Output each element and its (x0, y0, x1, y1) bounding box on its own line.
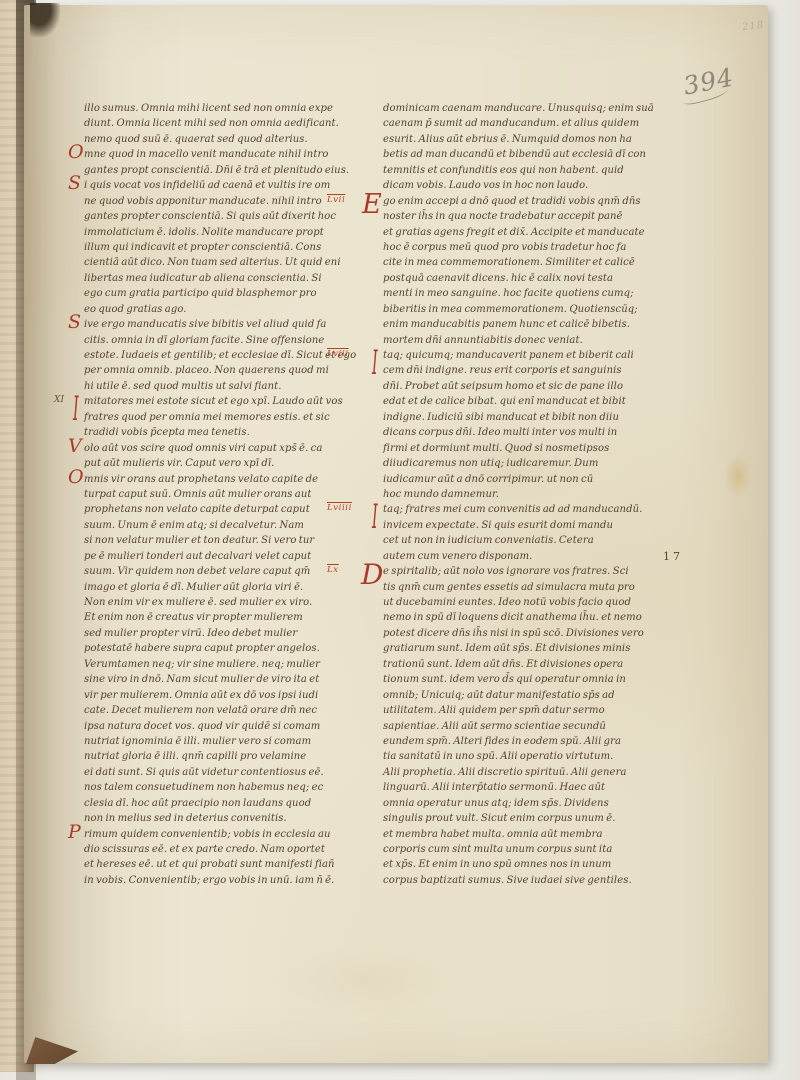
paragraph: ILviiitaq; quicumq; manducaverit panem e… (383, 348, 665, 502)
text-line: caenam p̄ sumit ad manducandum. et alius… (383, 116, 665, 131)
text-line: ipsa natura docet vos. quod vir quidē si… (84, 719, 366, 734)
paragraph: ILviiiitaq; fratres mei cum convenitis a… (383, 502, 665, 564)
text-line: si non velatur mulier et ton deatur. Si … (84, 533, 366, 548)
text-line: Non enim vir ex muliere ē. sed mulier ex… (84, 595, 366, 610)
paragraph: Omne quod in macello venit manducate nih… (84, 147, 366, 178)
text-line: cem dn̄i indigne. reus erit corporis et … (383, 363, 665, 378)
text-line: et membra habet multa. omnia aūt membra (383, 827, 665, 842)
text-line: tradidi vobis p̄cepta mea tenetis. (84, 425, 366, 440)
text-line: ive ergo manducatis sive bibitis vel ali… (84, 317, 366, 332)
text-line: suum. Vir quidem non debet velare caput … (84, 564, 366, 579)
text-line: turpat caput suū. Omnis aūt mulier orans… (84, 487, 366, 502)
text-line: dn̄i. Probet aūt seipsum homo et sic de … (383, 379, 665, 394)
page-corner-darkening (30, 3, 60, 37)
text-line: eo quod gratias ago. (84, 302, 366, 317)
text-line: gratiarum sunt. Idem aūt sp̄s. Et divisi… (383, 641, 665, 656)
paragraph: Omnis vir orans aut prophetans velato ca… (84, 472, 366, 827)
text-line: potestatē habere supra caput propter ang… (84, 641, 366, 656)
text-line: mne quod in macello venit manducate nihi… (84, 147, 366, 162)
text-line: ut ducebamini euntes. Ideo notū vobis fa… (383, 595, 665, 610)
paragraph-initial: I (73, 394, 79, 428)
paragraph: Si quis vocat vos infideliū ad caenā et … (84, 178, 366, 317)
paragraph-initial: S (68, 313, 81, 332)
text-line: Et enim non ē creatus vir propter mulier… (84, 610, 366, 625)
text-line: cientiā aūt dico. Non tuam sed alterius.… (84, 255, 366, 270)
paragraph-initial: S (68, 174, 81, 193)
paragraph-initial: I (372, 502, 378, 536)
text-line: sine viro in dnō. Nam sicut mulier de vi… (84, 672, 366, 687)
gutter-numeral: Lviiii (327, 504, 352, 513)
text-line: mitatores mei estote sicut et ego xpī. L… (84, 394, 366, 409)
text-line: temnitis et confunditis eos qui non habe… (383, 163, 665, 178)
text-line: cet ut non in iudicium conveniatis. Cete… (383, 533, 665, 548)
text-line: non in melius sed in deterius convenitis… (84, 811, 366, 826)
paragraph-initial: O (68, 468, 84, 487)
text-line: rimum quidem convenientib; vobis in eccl… (84, 827, 366, 842)
text-line: hoc ē corpus meū quod pro vobis tradetur… (383, 240, 665, 255)
text-line: singulis prout vult. Sicut enim corpus u… (383, 811, 665, 826)
text-line: diiudicaremus non utiq; iudicaremur. Dum (383, 456, 665, 471)
text-line: invicem expectate. Si quis esurit domi m… (383, 518, 665, 533)
text-line: hi utile ē. sed quod multis ut salvi fia… (84, 379, 366, 394)
text-line: et hereses eē. ut et qui probati sunt ma… (84, 857, 366, 872)
text-line: e spiritalib; aūt nolo vos ignorare vos … (383, 564, 665, 579)
text-line: taq; quicumq; manducaverit panem et bibe… (383, 348, 665, 363)
text-line: enim manducabitis panem hunc et calicē b… (383, 317, 665, 332)
text-line: i quis vocat vos infideliū ad caenā et v… (84, 178, 366, 193)
text-line: corporis cum sint multa unum corpus sunt… (383, 842, 665, 857)
text-line: cate. Decet mulierem non velatā orare dm… (84, 703, 366, 718)
text-line: suum. Unum ē enim atq; si decalvetur. Na… (84, 518, 366, 533)
paragraph: Sive ergo manducatis sive bibitis vel al… (84, 317, 366, 394)
text-line: et gratias agens fregit et dix̄. Accipit… (383, 225, 665, 240)
text-line: taq; fratres mei cum convenitis ad ad ma… (383, 502, 665, 517)
text-line: iudicamur aūt a dnō corripimur. ut non c… (383, 472, 665, 487)
text-line: sapientiae. Alii aūt sermo scientiae sec… (383, 719, 665, 734)
text-line: corpus baptizati sumus. Sive iudaei sive… (383, 873, 665, 888)
text-line: nutriat ignominia ē illi. mulier vero si… (84, 734, 366, 749)
text-line: mnis vir orans aut prophetans velato cap… (84, 472, 366, 487)
manuscript-page: 218 394 illo sumus. Omnia mihi licent se… (24, 5, 768, 1063)
text-line: trationū sunt. Idem aūt dn̄s. Et divisio… (383, 657, 665, 672)
text-line: nos talem consuetudinem non habemus neq;… (84, 780, 366, 795)
text-line: in vobis. Convenientib; ergo vobis in un… (84, 873, 366, 888)
text-line: nemo in spū dī loquens dicit anathema ih… (383, 610, 665, 625)
text-line: esurit. Alius aūt ebrius ē. Numquid domo… (383, 132, 665, 147)
text-line: cite in mea commemorationem. Similiter e… (383, 255, 665, 270)
text-line: dio scissuras eē. et ex parte credo. Nam… (84, 842, 366, 857)
text-line: autem cum venero disponam. (383, 549, 665, 564)
text-line: tionum sunt. idem vero d̄s qui operatur … (383, 672, 665, 687)
text-line: indigne. Iudiciū sibi manducat et bibit … (383, 410, 665, 425)
text-line: libertas mea iudicatur ab aliena conscie… (84, 271, 366, 286)
text-line: citis. omnia in dī gloriam facite. Sine … (84, 333, 366, 348)
text-line: prophetans non velato capite deturpat ca… (84, 502, 366, 517)
paragraph-initial: P (68, 823, 81, 842)
chapter-numeral: XI (54, 396, 64, 405)
text-line: firmi et dormiunt multi. Quod si nosmeti… (383, 441, 665, 456)
parchment-stain (724, 453, 752, 499)
text-line: clesia dī. hoc aūt praecipio non laudans… (84, 796, 366, 811)
paragraph-initial: D (361, 561, 384, 589)
text-line: immolaticium ē. idolis. Nolite manducare… (84, 225, 366, 240)
text-line: pe ē mulieri tonderi aut decalvari velet… (84, 549, 366, 564)
text-line: dominicam caenam manducare. Unusquisq; e… (383, 101, 665, 116)
text-line: imago et gloria ē dī. Mulier aūt gloria … (84, 580, 366, 595)
left-column: illo sumus. Omnia mihi licent sed non om… (84, 101, 366, 888)
paragraph: IXImitatores mei estote sicut et ego xpī… (84, 394, 366, 440)
text-line: betis ad man ducandū et bibendū aut eccl… (383, 147, 665, 162)
text-line: diunt. Omnia licent mihi sed non omnia a… (84, 116, 366, 131)
text-line: per omnia omnib. placeo. Non quaerens qu… (84, 363, 366, 378)
paragraph: dominicam caenam manducare. Unusquisq; e… (383, 101, 665, 194)
text-line: postquā caenavit dicens. hic ē calix nov… (383, 271, 665, 286)
text-line: gantes propt conscientiā. Dn̄i ē trā et … (84, 163, 366, 178)
text-line: olo aūt vos scire quod omnis viri caput … (84, 441, 366, 456)
text-line: linguarū. Alii interp̄tatio sermonū. Hae… (383, 780, 665, 795)
text-line: nemo quod suū ē. quaerat sed quod alteri… (84, 132, 366, 147)
text-line: gantes propter conscientiā. Si quis aūt … (84, 209, 366, 224)
text-line: tia sanitatū in uno spū. Alii operatio v… (383, 749, 665, 764)
text-line: mortem dn̄i annuntiabitis donec veniat. (383, 333, 665, 348)
paragraph: illo sumus. Omnia mihi licent sed non om… (84, 101, 366, 147)
text-line: biberitis in mea commemorationem. Quotie… (383, 302, 665, 317)
parchment-stain (274, 945, 454, 1015)
text-line: dicam vobis. Laudo vos in hoc non laudo. (383, 178, 665, 193)
text-line: Verumtamen neq; vir sine muliere. neq; m… (84, 657, 366, 672)
text-line: et xp̄s. Et enim in uno spū omnes nos in… (383, 857, 665, 872)
text-line: tis qnm̄ cum gentes essetis ad simulacra… (383, 580, 665, 595)
text-line: fratres quod per omnia mei memores estis… (84, 410, 366, 425)
gutter-numeral: Lvii (327, 196, 345, 205)
text-line: vir per mulierem. Omnia aūt ex dō vos ip… (84, 688, 366, 703)
gutter-numeral: Lx (327, 566, 339, 575)
text-line: omnia operatur unus atq; idem sp̄s. Divi… (383, 796, 665, 811)
paragraph-initial: I (372, 348, 378, 382)
text-line: sed mulier propter virū. Ideo debet muli… (84, 626, 366, 641)
text-line: potest dicere dn̄s ih̄s nisi in spū scō.… (383, 626, 665, 641)
text-line: ei dati sunt. Si quis aūt videtur conten… (84, 765, 366, 780)
text-line: ne quod vobis apponitur manducate. nihil… (84, 194, 366, 209)
paragraph: Primum quidem convenientib; vobis in ecc… (84, 827, 366, 889)
text-line: omnib; Unicuiq; aūt datur manifestatio s… (383, 688, 665, 703)
text-line: dicans corpus dn̄i. Ideo multi inter vos… (383, 425, 665, 440)
text-line: illum qui indicavit et propter conscient… (84, 240, 366, 255)
paragraph-initial: V (68, 437, 82, 456)
paragraph-initial: O (68, 143, 84, 162)
text-line: go enim accepi a dnō quod et tradidi vob… (383, 194, 665, 209)
text-line: ego cum gratia participo quid blasphemor… (84, 286, 366, 301)
text-line: eundem spm̄. Alteri fides in eodem spū. … (383, 734, 665, 749)
paragraph: DLx17e spiritalib; aūt nolo vos ignorare… (383, 564, 665, 888)
corner-mark: 218 (741, 20, 764, 33)
text-line: nutriat gloria ē illi. qnm̄ capilli pro … (84, 749, 366, 764)
manuscript-photo: 218 394 illo sumus. Omnia mihi licent se… (0, 0, 800, 1080)
paragraph: ELviigo enim accepi a dnō quod et tradid… (383, 194, 665, 348)
text-line: hoc mundo damnemur. (383, 487, 665, 502)
text-line: menti in meo sanguine. hoc facite quotie… (383, 286, 665, 301)
text-line: illo sumus. Omnia mihi licent sed non om… (84, 101, 366, 116)
margin-annotation: 17 (663, 551, 683, 562)
text-line: edat et de calice bibat. qui enī manduca… (383, 394, 665, 409)
text-line: put aūt mulieris vir. Caput vero xpī dī. (84, 456, 366, 471)
folio-number: 394 (681, 62, 738, 107)
gutter-numeral: Lviii (327, 350, 349, 359)
text-line: noster ih̄s in qua nocte tradebatur acce… (383, 209, 665, 224)
text-line: estote. Iudaeis et gentilib; et ecclesia… (84, 348, 366, 363)
paragraph: Volo aūt vos scire quod omnis viri caput… (84, 441, 366, 472)
text-line: utilitatem. Alii quidem per spm̄ datur s… (383, 703, 665, 718)
paragraph-initial: E (362, 191, 382, 218)
right-column: dominicam caenam manducare. Unusquisq; e… (383, 101, 665, 888)
page-corner-damage (26, 1034, 78, 1064)
text-line: Alii prophetia. Alii discretio spirituū.… (383, 765, 665, 780)
